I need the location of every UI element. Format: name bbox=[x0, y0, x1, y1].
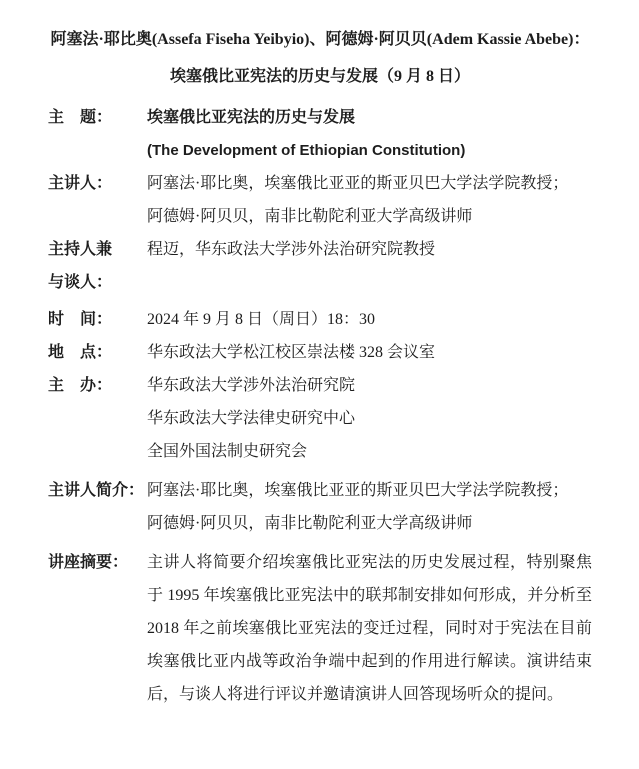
field-label-host-discussant: 主持人兼与谈人： bbox=[48, 233, 147, 299]
field-value-venue: 华东政法大学松江校区崇法楼 328 会议室 bbox=[147, 336, 592, 369]
field-value-time: 2024 年 9 月 8 日（周日）18：30 bbox=[147, 303, 592, 336]
label-line: 地 点： bbox=[48, 336, 147, 369]
value-line: 埃塞俄比亚宪法的历史与发展 bbox=[147, 101, 592, 134]
value-line: 2024 年 9 月 8 日（周日）18：30 bbox=[147, 303, 592, 336]
title-subject-line: 埃塞俄比亚宪法的历史与发展（9 月 8 日） bbox=[48, 58, 592, 95]
field-label-speakers: 主讲人： bbox=[48, 167, 147, 233]
field-label-speaker-bios: 主讲人简介： bbox=[48, 474, 147, 540]
value-line: (The Development of Ethiopian Constituti… bbox=[147, 134, 592, 167]
field-label-topic: 主 题： bbox=[48, 101, 147, 167]
field-row-time: 时 间：2024 年 9 月 8 日（周日）18：30 bbox=[48, 303, 592, 336]
value-line: 阿塞法·耶比奥，埃塞俄比亚亚的斯亚贝巴大学法学院教授； bbox=[147, 167, 592, 200]
lecture-announcement-document: 阿塞法·耶比奥(Assefa Fiseha Yeibyio)、阿德姆·阿贝贝(A… bbox=[0, 0, 639, 711]
field-value-organizers: 华东政法大学涉外法治研究院华东政法大学法律史研究中心全国外国法制史研究会 bbox=[147, 369, 592, 468]
field-row-speakers: 主讲人：阿塞法·耶比奥，埃塞俄比亚亚的斯亚贝巴大学法学院教授；阿德姆·阿贝贝，南… bbox=[48, 167, 592, 233]
field-row-host-discussant: 主持人兼与谈人：程迈，华东政法大学涉外法治研究院教授 bbox=[48, 233, 592, 299]
field-row-abstract: 讲座摘要：主讲人将简要介绍埃塞俄比亚宪法的历史发展过程，特别聚焦于 1995 年… bbox=[48, 546, 592, 711]
value-line: 华东政法大学涉外法治研究院 bbox=[147, 369, 592, 402]
label-line: 与谈人： bbox=[48, 266, 147, 299]
value-line: 华东政法大学松江校区崇法楼 328 会议室 bbox=[147, 336, 592, 369]
field-value-topic: 埃塞俄比亚宪法的历史与发展(The Development of Ethiopi… bbox=[147, 101, 592, 167]
document-title: 阿塞法·耶比奥(Assefa Fiseha Yeibyio)、阿德姆·阿贝贝(A… bbox=[48, 21, 592, 95]
value-line: 阿塞法·耶比奥，埃塞俄比亚亚的斯亚贝巴大学法学院教授； bbox=[147, 474, 592, 507]
label-line: 主讲人： bbox=[48, 167, 147, 200]
field-value-abstract: 主讲人将简要介绍埃塞俄比亚宪法的历史发展过程，特别聚焦于 1995 年埃塞俄比亚… bbox=[147, 546, 592, 711]
field-row-speaker-bios: 主讲人简介：阿塞法·耶比奥，埃塞俄比亚亚的斯亚贝巴大学法学院教授；阿德姆·阿贝贝… bbox=[48, 474, 592, 540]
value-line: 全国外国法制史研究会 bbox=[147, 435, 592, 468]
value-line: 华东政法大学法律史研究中心 bbox=[147, 402, 592, 435]
field-label-abstract: 讲座摘要： bbox=[48, 546, 147, 711]
label-line: 主 题： bbox=[48, 101, 147, 134]
value-line: 阿德姆·阿贝贝，南非比勒陀利亚大学高级讲师 bbox=[147, 200, 592, 233]
field-label-venue: 地 点： bbox=[48, 336, 147, 369]
label-line: 主讲人简介： bbox=[48, 474, 147, 507]
label-line: 讲座摘要： bbox=[48, 546, 147, 579]
value-line: 阿德姆·阿贝贝，南非比勒陀利亚大学高级讲师 bbox=[147, 507, 592, 540]
field-row-topic: 主 题：埃塞俄比亚宪法的历史与发展(The Development of Eth… bbox=[48, 101, 592, 167]
field-value-host-discussant: 程迈，华东政法大学涉外法治研究院教授 bbox=[147, 233, 592, 299]
field-label-time: 时 间： bbox=[48, 303, 147, 336]
label-line: 主持人兼 bbox=[48, 233, 147, 266]
field-row-organizers: 主 办：华东政法大学涉外法治研究院华东政法大学法律史研究中心全国外国法制史研究会 bbox=[48, 369, 592, 468]
label-line: 主 办： bbox=[48, 369, 147, 402]
value-line: 程迈，华东政法大学涉外法治研究院教授 bbox=[147, 233, 592, 266]
field-value-speaker-bios: 阿塞法·耶比奥，埃塞俄比亚亚的斯亚贝巴大学法学院教授；阿德姆·阿贝贝，南非比勒陀… bbox=[147, 474, 592, 540]
field-label-organizers: 主 办： bbox=[48, 369, 147, 468]
field-row-venue: 地 点：华东政法大学松江校区崇法楼 328 会议室 bbox=[48, 336, 592, 369]
label-line: 时 间： bbox=[48, 303, 147, 336]
value-line: 主讲人将简要介绍埃塞俄比亚宪法的历史发展过程，特别聚焦于 1995 年埃塞俄比亚… bbox=[147, 546, 592, 711]
fields-list: 主 题：埃塞俄比亚宪法的历史与发展(The Development of Eth… bbox=[48, 101, 592, 711]
field-value-speakers: 阿塞法·耶比奥，埃塞俄比亚亚的斯亚贝巴大学法学院教授；阿德姆·阿贝贝，南非比勒陀… bbox=[147, 167, 592, 233]
title-speakers-line: 阿塞法·耶比奥(Assefa Fiseha Yeibyio)、阿德姆·阿贝贝(A… bbox=[48, 21, 592, 58]
